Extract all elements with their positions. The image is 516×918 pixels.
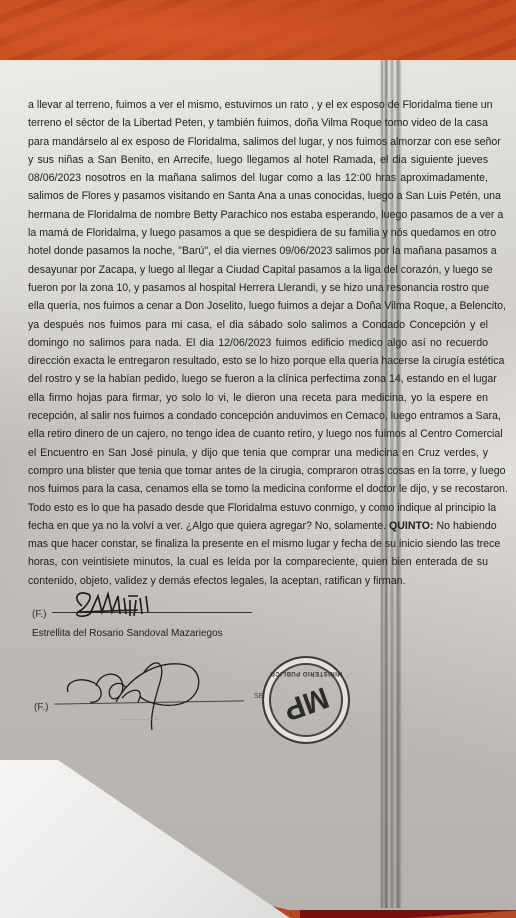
svg-text:~~~~~ ~~~~: ~~~~~ ~~~~ [120, 717, 159, 724]
signer-name: Estrellita del Rosario Sandoval Mazarieg… [32, 628, 223, 639]
handwritten-signature-1 [68, 588, 158, 624]
stamp-ring-text: MINISTERIO PUBLICO [264, 670, 348, 676]
text-line: la mamá de Floridalma, y luego pasamos a… [28, 224, 488, 242]
text-fragment: No habiendo [434, 520, 497, 532]
handwritten-signature-2: ~~~~~ ~~~~ [60, 642, 210, 732]
signature-block-2: (F.) [34, 697, 48, 715]
text-line: horas, con veintisiete minutos, la cual … [28, 553, 488, 571]
text-line: fueron por la zona 10, y pasamos al hosp… [28, 279, 488, 297]
text-line: el Encuentro en San José pinula, y dijo … [28, 444, 488, 462]
text-line: nos fuimos para la casa, cenamos ella se… [28, 480, 488, 498]
text-line: y sus niñas a San Benito, en Arrecife, l… [28, 151, 488, 169]
text-line: terreno el séctor de la Libertad Peten, … [28, 114, 488, 132]
text-line: desayunar por Zacapa, y luego al llegar … [28, 261, 488, 279]
text-line: ella quería, nos fuimos a cenar a Don Jo… [28, 297, 488, 315]
stamp-monogram: MP [261, 673, 352, 734]
text-line: domingo no salimos para nada. El dia 12/… [28, 334, 488, 352]
text-line: dirección exacta le entregaron resultado… [28, 352, 488, 370]
text-line-quinto: fecha en que ya no la volví a ver. ¿Algo… [28, 517, 488, 535]
text-line: para mandárselo al ex esposo de Floridal… [28, 133, 488, 151]
text-line: 08/06/2023 nosotros en la mañana salimos… [28, 169, 488, 187]
text-line: Todo esto es lo que ha pasado desde que … [28, 499, 488, 517]
text-line: salimos de Flores y pasamos visitando en… [28, 187, 488, 205]
text-fragment: fecha en que ya no la volví a ver. ¿Algo… [28, 520, 386, 532]
text-line: hotel donde pasamos la noche, "Barú", el… [28, 242, 488, 260]
text-line: recepción, al salir nos fuimos a condado… [28, 407, 488, 425]
text-line: compro una blister que tenia que tomar a… [28, 462, 488, 480]
text-line: hermana de Floridalma de nombre Betty Pa… [28, 206, 488, 224]
text-line: ella retiro dinero de un cajero, no teng… [28, 425, 488, 443]
signature-prefix: (F.) [32, 609, 46, 620]
text-line: mas que hacer constar, se finaliza la pr… [28, 535, 488, 553]
text-line: ya después nos fuimos para mi casa, el d… [28, 316, 488, 334]
text-line: del rostro y se la habían pedido, luego … [28, 370, 488, 388]
document-body: a llevar al terreno, fuimos a ver el mis… [28, 96, 488, 590]
text-line: ella firmo hojas para firmar, yo solo lo… [28, 389, 488, 407]
text-line: a llevar al terreno, fuimos a ver el mis… [28, 96, 488, 114]
section-label-quinto: QUINTO: [389, 520, 434, 532]
official-stamp: MP MINISTERIO PUBLICO [262, 656, 350, 744]
signature-prefix: (F.) [34, 702, 48, 713]
